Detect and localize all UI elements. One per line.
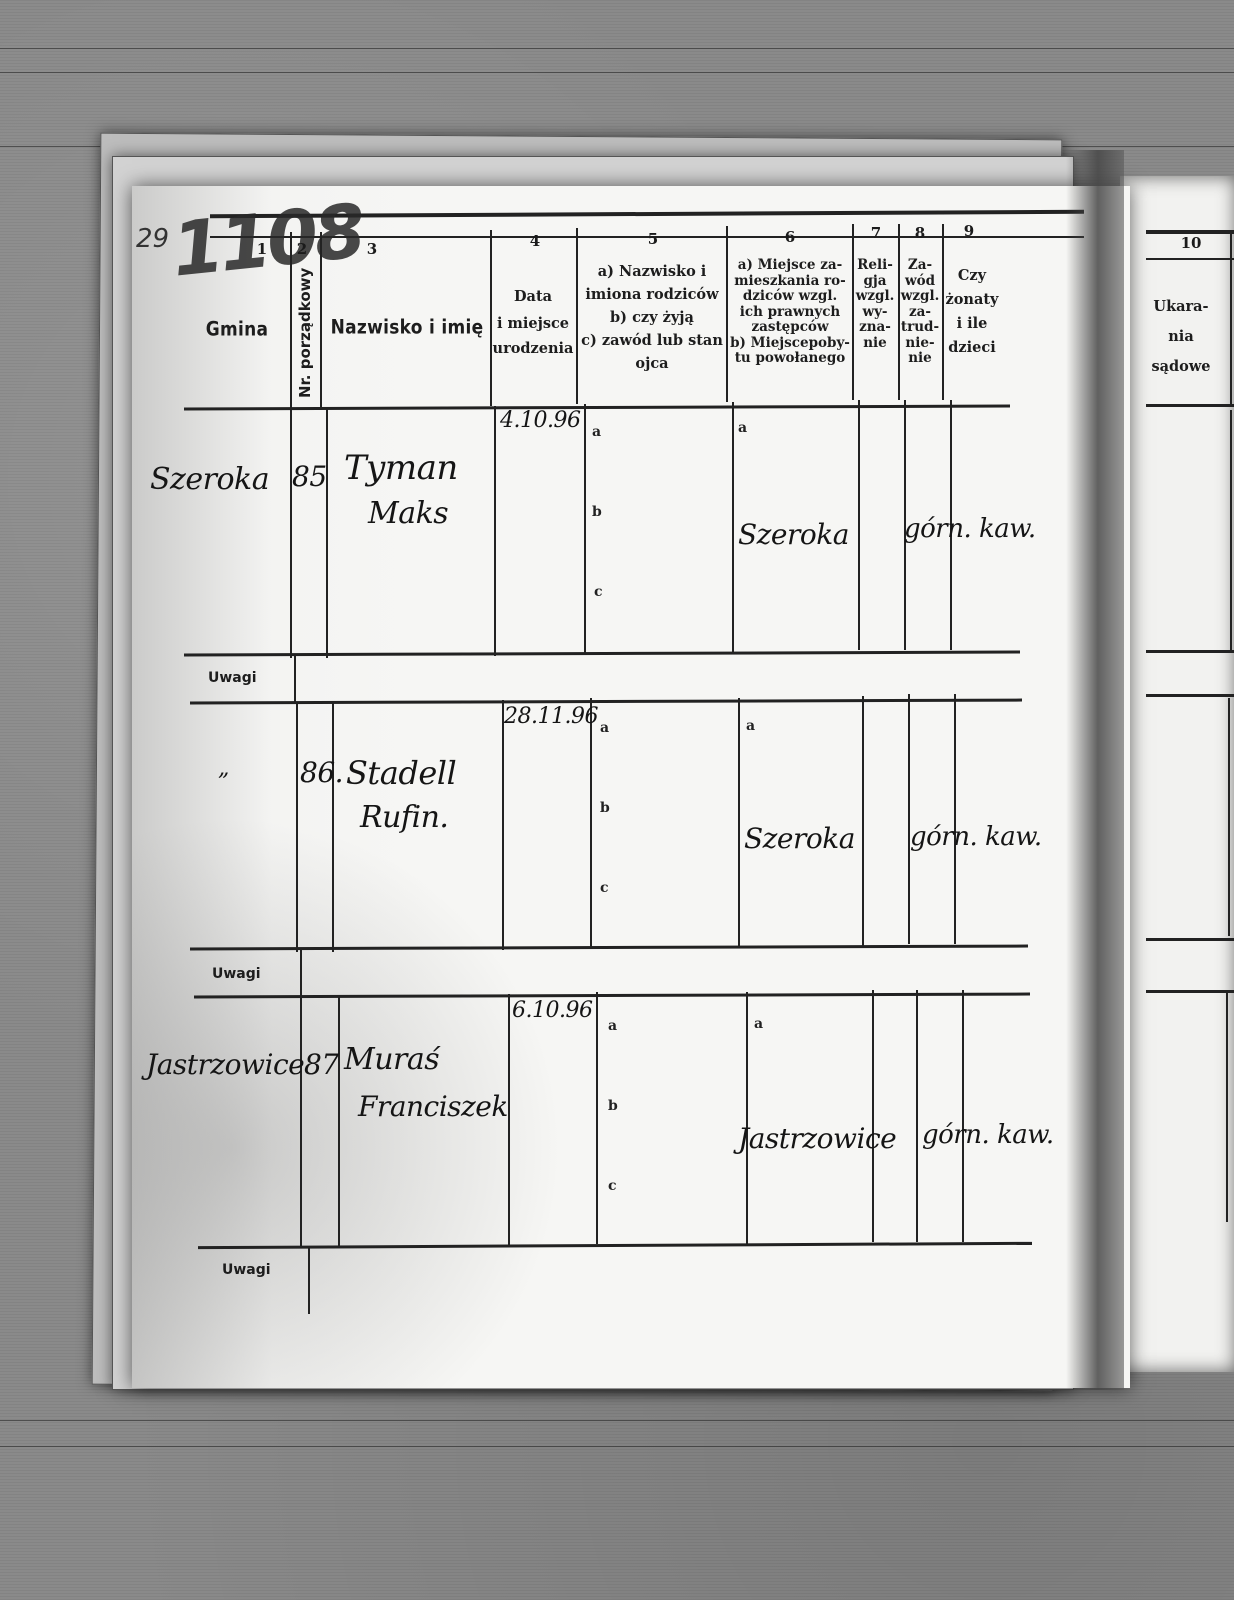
remarks-label: Uwagi [212,966,261,982]
sub-label-c: c [600,880,609,896]
header-divider [320,232,322,408]
row-divider [290,408,292,658]
sub-label-a: a [592,424,601,440]
header-religion: Reli- gja wzgl. wy- zna- nie [852,258,898,351]
sub-label-b: b [608,1098,618,1114]
column-number-1: 1 [242,240,282,258]
entry-bottom-rule [198,1242,1032,1249]
row-divider [962,990,964,1242]
entry-birth-date: 28.11.96 [504,704,598,729]
entry-surname: Tyman [344,448,458,488]
row-divider [862,696,864,946]
row-divider [738,698,740,948]
sub-label-a: a [738,420,747,436]
pencil-page-number: 29 [136,224,169,254]
header-bottom-rule [1146,404,1234,407]
header-bottom-rule [184,405,1010,411]
entry-nr: 87 [304,1048,339,1081]
remarks-divider [300,950,302,996]
header-divider [290,232,292,408]
entry-gmina: „ [218,756,229,781]
entry-nr: 85 [292,460,327,493]
entry-birth-date: 4.10.96 [500,408,580,433]
scan-line [0,48,1234,49]
remarks-divider [294,656,296,702]
entry-residence-b: Szeroka [744,822,855,855]
header-nr-porzadkowy: Nr. porządkowy [296,268,314,398]
sub-label-a: a [600,720,609,736]
row-divider [300,996,302,1248]
entry-surname: Stadell [346,754,456,792]
row-divider [746,992,748,1244]
sub-label-c: c [594,584,603,600]
entry-given-name: Rufin. [360,800,448,835]
row-divider [494,406,496,656]
column-number-8: 8 [898,224,942,242]
sub-label-a: a [746,718,755,734]
row-divider [338,996,340,1248]
entry-gmina: Jastrzowice [146,1048,304,1081]
row-divider [584,404,586,654]
row-divider [954,694,956,944]
row-divider [916,990,918,1242]
entry-given-name: Franciszek [358,1090,508,1123]
row-divider [596,992,598,1244]
remarks-label: Uwagi [222,1262,271,1278]
row-divider [1228,698,1230,936]
remarks-label: Uwagi [208,670,257,686]
row-divider [296,702,298,952]
entry-residence-b: Jastrzowice [738,1122,896,1155]
entry-birth-date: 6.10.96 [512,998,592,1023]
column-number-6: 6 [726,228,854,246]
header-married: Czy żonaty i ile dzieci [942,264,1002,360]
remarks-bottom-rule [1146,694,1234,697]
entry-occupation: górn. kaw. [910,822,1042,852]
scan-line [0,1420,1234,1421]
row-divider [502,700,504,950]
entry-surname: Muraś [344,1042,439,1077]
header-residence: a) Miejsce za- mieszkania ro- dziców wzg… [726,258,854,367]
header-gmina: Gmina [192,321,282,341]
ledger-page: 29 1108 1 2 3 4 5 6 7 8 9 Gmina Nr. porz… [132,186,1130,1388]
column-number-10: 10 [1146,234,1234,252]
header-nazwisko-imie: Nazwisko i imię [324,319,490,339]
entry-gmina: Szeroka [150,462,269,497]
entry-bottom-rule [1146,938,1234,941]
column-number-rule [1146,258,1234,260]
scan-line [0,72,1234,73]
row-divider [858,400,860,650]
entry-residence-b: Szeroka [738,518,849,551]
remarks-bottom-rule [194,993,1030,999]
adjacent-page-content: 10 Ukara- nia sądowe [1126,220,1234,1220]
row-divider [908,694,910,944]
row-divider [732,402,734,652]
entry-given-name: Maks [368,496,448,531]
row-divider [1230,410,1232,650]
row-divider [590,698,592,948]
entry-bottom-rule [184,651,1020,657]
row-divider [332,702,334,952]
sub-label-b: b [600,800,610,816]
header-court-penalties: Ukara- nia sądowe [1134,292,1228,382]
row-divider [326,408,328,658]
entry-bottom-rule [1146,650,1234,653]
column-number-4: 4 [490,232,580,250]
sub-label-b: b [592,504,602,520]
remarks-bottom-rule [190,699,1022,705]
remarks-bottom-rule [1146,990,1234,993]
row-divider [508,994,510,1246]
sub-label-a: a [608,1018,617,1034]
entry-bottom-rule [190,945,1028,951]
column-number-9: 9 [944,222,994,240]
entry-occupation: górn. kaw. [904,514,1036,544]
entry-nr: 86. [300,756,343,789]
row-divider [1226,992,1228,1222]
scan-line [0,1446,1234,1447]
entry-occupation: górn. kaw. [922,1120,1054,1150]
column-number-2: 2 [292,240,312,258]
column-number-7: 7 [854,224,898,242]
column-number-3: 3 [362,240,382,258]
header-occupation: Za- wód wzgl. za- trud- nie- nie [898,258,942,367]
sub-label-c: c [608,1178,617,1194]
row-divider [872,990,874,1242]
sub-label-a: a [754,1016,763,1032]
column-number-5: 5 [578,230,728,248]
header-date-place: Data i miejsce urodzenia [490,288,576,357]
header-divider [1230,234,1232,406]
remarks-divider [308,1248,310,1314]
binding-shadow [1066,150,1124,1390]
header-parents: a) Nazwisko i imiona rodziców b) czy żyj… [576,260,728,375]
